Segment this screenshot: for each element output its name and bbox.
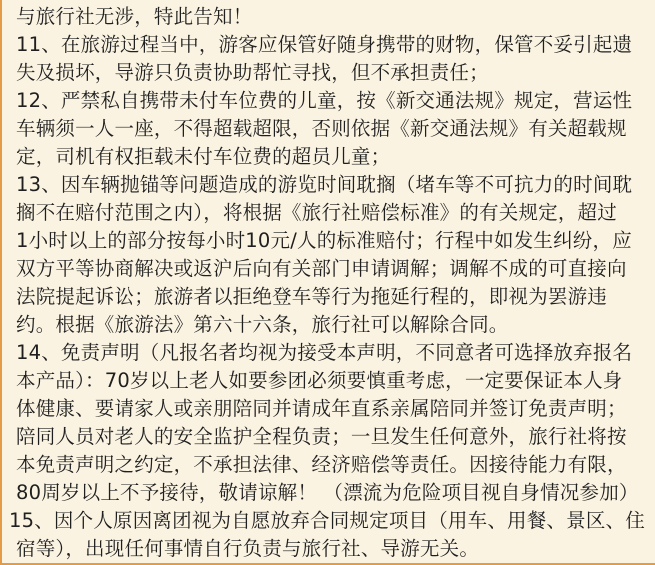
text-line: 与旅行社无涉，特此告知！ — [16, 3, 649, 31]
text-line-item-15: 15、因个人原因离团视为自愿放弃合同规定项目（用车、用餐、景区、住 — [9, 507, 649, 535]
text-line: 双方平等协商解决或返沪后向有关部门申请调解；调解不成的可直接向 — [16, 255, 649, 283]
text-line: 宿等），出现任何事情自行负责与旅行社、导游无关。 — [16, 535, 649, 563]
text-line: 12、严禁私自携带未付车位费的儿童，按《新交通法规》规定，营运性 — [16, 87, 649, 115]
text-line: 1小时以上的部分按每小时10元/人的标准赔付；行程中如发生纠纷，应 — [16, 227, 649, 255]
text-line: 定，司机有权拒载未付车位费的超员儿童； — [16, 143, 649, 171]
text-line: 陪同人员对老人的安全监护全程负责；一旦发生任何意外，旅行社将按 — [16, 423, 649, 451]
text-line: 车辆须一人一座，不得超载超限，否则依据《新交通法规》有关超载规 — [16, 115, 649, 143]
text-line: 13、因车辆抛锚等问题造成的游览时间耽搁（堵车等不可抗力的时间耽 — [16, 171, 649, 199]
text-line: 80周岁以上不予接待，敬请谅解！ （漂流为危险项目视自身情况参加） — [16, 479, 649, 507]
text-line: 搁不在赔付范围之内），将根据《旅行社赔偿标准》的有关规定，超过 — [16, 199, 649, 227]
text-line: 14、免责声明（凡报名者均视为接受本声明，不同意者可选择放弃报名 — [16, 339, 649, 367]
text-line: 法院提起诉讼；旅游者以拒绝登车等行为拖延行程的，即视为罢游违 — [16, 283, 649, 311]
text-line: 约。根据《旅游法》第六十六条，旅行社可以解除合同。 — [16, 311, 649, 339]
text-line: 体健康、要请家人或亲朋陪同并请成年直系亲属陪同并签订免责声明； — [16, 395, 649, 423]
document-page: 与旅行社无涉，特此告知！ 11、在旅游过程当中，游客应保管好随身携带的财物，保管… — [0, 0, 655, 565]
text-line: 失及损坏，导游只负责协助帮忙寻找，但不承担责任； — [16, 59, 649, 87]
text-line: 本免责声明之约定，不承担法律、经济赔偿等责任。因接待能力有限， — [16, 451, 649, 479]
text-line: 11、在旅游过程当中，游客应保管好随身携带的财物，保管不妥引起遗 — [16, 31, 649, 59]
notice-text-block: 与旅行社无涉，特此告知！ 11、在旅游过程当中，游客应保管好随身携带的财物，保管… — [2, 0, 655, 563]
text-line: 本产品）：70岁以上老人如要参团必须要慎重考虑，一定要保证本人身 — [16, 367, 649, 395]
